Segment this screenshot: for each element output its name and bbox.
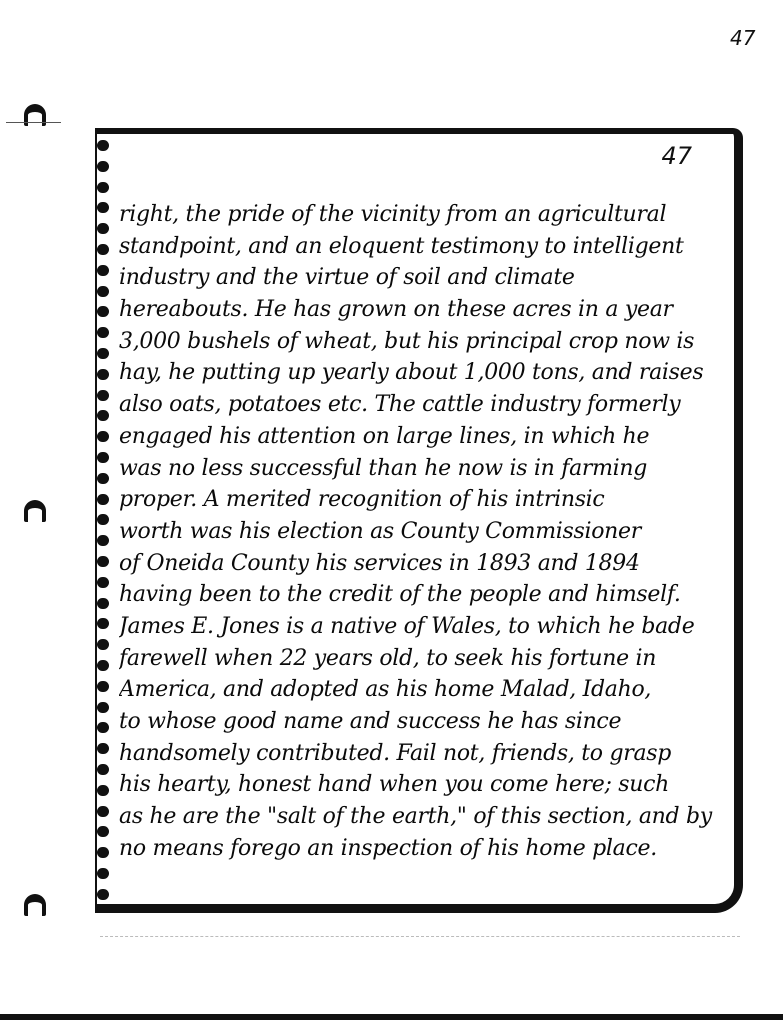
text-line: as he are the "salt of the earth," of th…	[119, 801, 724, 833]
spiral-ring	[97, 598, 109, 609]
spiral-binding	[97, 140, 111, 900]
spiral-ring	[97, 431, 109, 442]
spiral-ring	[97, 535, 109, 546]
spiral-ring	[97, 410, 109, 421]
spiral-ring	[97, 826, 109, 837]
text-line: was no less successful than he now is in…	[119, 453, 724, 485]
punch-hole-bottom	[24, 894, 46, 916]
outer-page-number: 47	[730, 26, 755, 50]
text-line: hay, he putting up yearly about 1,000 to…	[119, 357, 724, 389]
spiral-ring	[97, 743, 109, 754]
spiral-ring	[97, 660, 109, 671]
text-line: farewell when 22 years old, to seek his …	[119, 643, 724, 675]
text-line: America, and adopted as his home Malad, …	[119, 674, 724, 706]
text-line: proper. A merited recognition of his int…	[119, 484, 724, 516]
spiral-ring	[97, 265, 109, 276]
spiral-ring	[97, 577, 109, 588]
spiral-ring	[97, 806, 109, 817]
spiral-ring	[97, 494, 109, 505]
spiral-ring	[97, 286, 109, 297]
spiral-ring	[97, 161, 109, 172]
hole-line-top	[6, 122, 61, 123]
spiral-ring	[97, 452, 109, 463]
text-line: also oats, potatoes etc. The cattle indu…	[119, 389, 724, 421]
spiral-ring	[97, 889, 109, 900]
spiral-ring	[97, 618, 109, 629]
spiral-ring	[97, 244, 109, 255]
text-line: industry and the virtue of soil and clim…	[119, 262, 724, 294]
spiral-ring	[97, 556, 109, 567]
text-line: worth was his election as County Commiss…	[119, 516, 724, 548]
spiral-ring	[97, 223, 109, 234]
scan-artifact-line	[100, 936, 740, 938]
text-line: standpoint, and an eloquent testimony to…	[119, 231, 724, 263]
spiral-ring	[97, 702, 109, 713]
spiral-ring	[97, 847, 109, 858]
bottom-page-edge	[0, 1014, 783, 1020]
spiral-ring	[97, 327, 109, 338]
spiral-ring	[97, 868, 109, 879]
spiral-ring	[97, 348, 109, 359]
notebook-page: 47 right, the pride of the vicinity from…	[95, 128, 743, 913]
text-line: of Oneida County his services in 1893 an…	[119, 548, 724, 580]
spiral-ring	[97, 369, 109, 380]
text-line: right, the pride of the vicinity from an…	[119, 199, 724, 231]
text-line: to whose good name and success he has si…	[119, 706, 724, 738]
spiral-ring	[97, 681, 109, 692]
spiral-ring	[97, 785, 109, 796]
text-line: James E. Jones is a native of Wales, to …	[119, 611, 724, 643]
spiral-ring	[97, 473, 109, 484]
spiral-ring	[97, 390, 109, 401]
text-line: no means forego an inspection of his hom…	[119, 833, 724, 865]
text-line: handsomely contributed. Fail not, friend…	[119, 738, 724, 770]
spiral-ring	[97, 182, 109, 193]
spiral-ring	[97, 306, 109, 317]
text-line: his hearty, honest hand when you come he…	[119, 769, 724, 801]
handwritten-text-body: right, the pride of the vicinity from an…	[119, 199, 724, 864]
spiral-ring	[97, 140, 109, 151]
spiral-ring	[97, 514, 109, 525]
punch-hole-middle	[24, 500, 46, 522]
text-line: engaged his attention on large lines, in…	[119, 421, 724, 453]
text-line: 3,000 bushels of wheat, but his principa…	[119, 326, 724, 358]
spiral-ring	[97, 639, 109, 650]
spiral-ring	[97, 202, 109, 213]
spiral-ring	[97, 722, 109, 733]
inner-page-number: 47	[661, 142, 692, 170]
spiral-ring	[97, 764, 109, 775]
text-line: having been to the credit of the people …	[119, 579, 724, 611]
text-line: hereabouts. He has grown on these acres …	[119, 294, 724, 326]
